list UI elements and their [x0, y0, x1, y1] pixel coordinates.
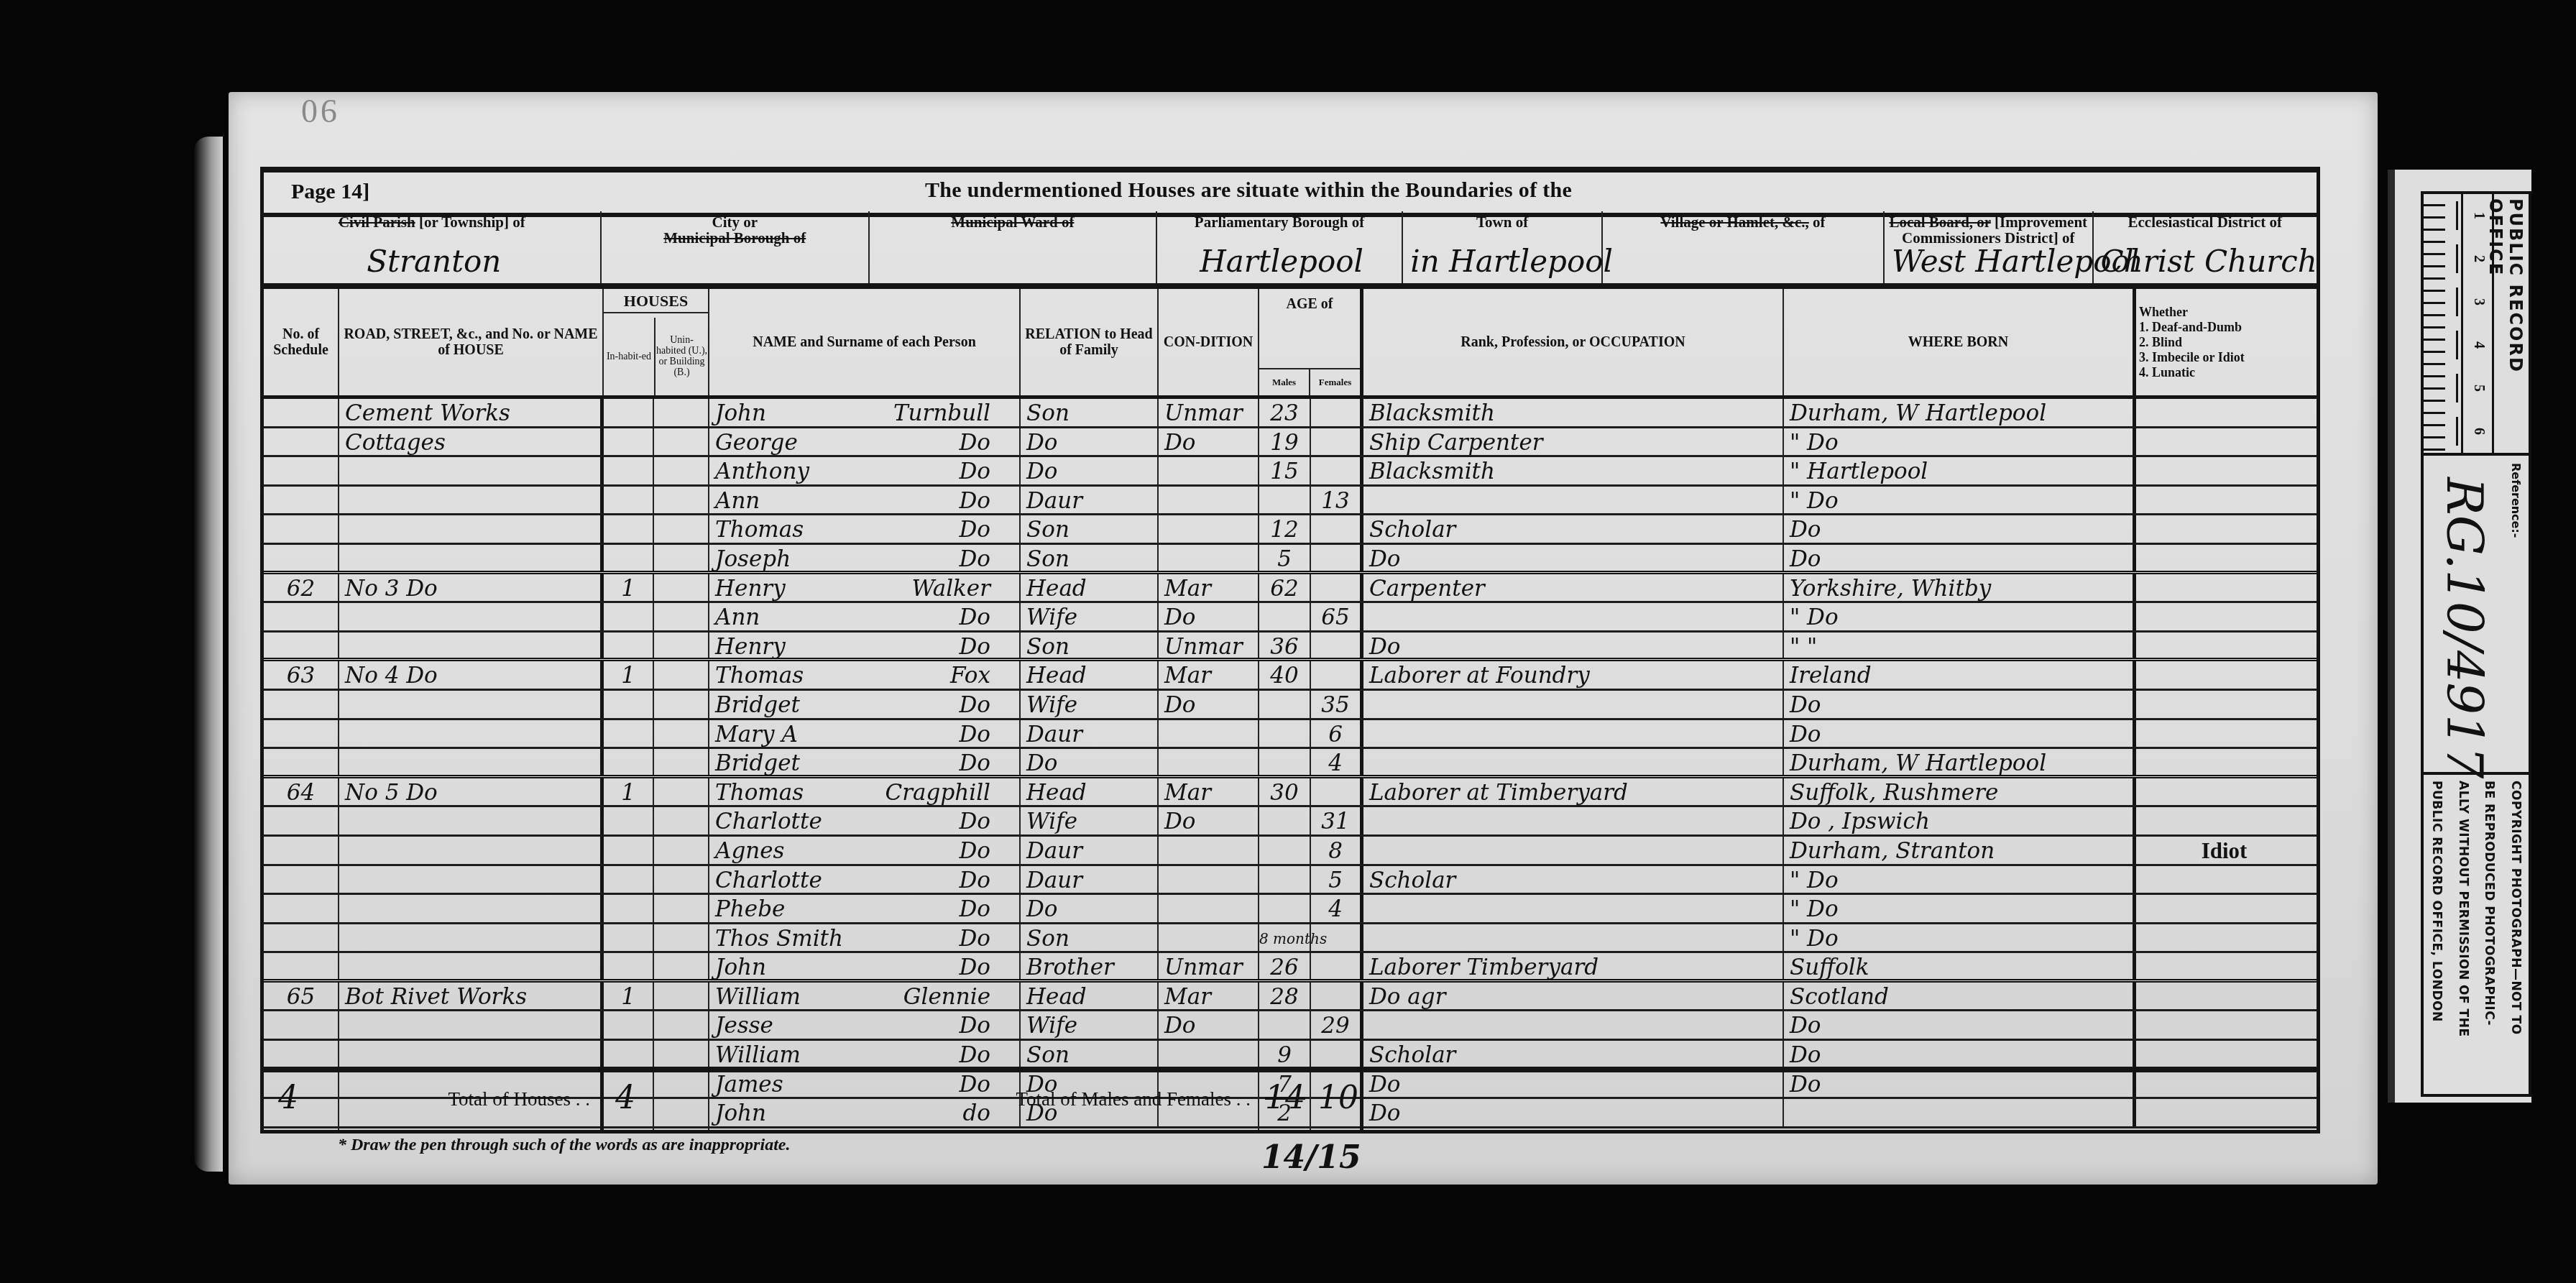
boundary-value: in Hartlepool	[1410, 244, 1598, 279]
cell-name: Mary ADo	[709, 720, 1021, 748]
cell-female	[1311, 399, 1363, 426]
surname: Do	[959, 720, 990, 748]
surname: Do	[959, 428, 990, 456]
table-row: BridgetDoDo4Durham, W Hartlepool	[264, 749, 2317, 778]
cell-road	[339, 895, 604, 922]
cell-relation: Do	[1021, 457, 1159, 484]
cell-relation: Son	[1021, 1041, 1159, 1068]
cell-condition: Do	[1159, 807, 1259, 834]
col-name: NAME and Surname of each Person	[709, 289, 1021, 395]
cell-inhabited	[604, 953, 654, 979]
copyright-notice: COPYRIGHT PHOTOGRAPH—NOT TOBE REPRODUCED…	[2424, 775, 2529, 1091]
census-entries: Cement WorksJohnTurnbullSonUnmar23Blacks…	[264, 399, 2317, 1128]
first-name: Mary A	[715, 720, 798, 748]
cell-infirmity	[2136, 661, 2312, 689]
cell-born: " Do	[1784, 487, 2136, 514]
surname: Do	[959, 457, 990, 484]
col-houses: HOUSES In-habit-ed Unin-habited (U.), or…	[604, 289, 709, 395]
cell-road	[339, 720, 604, 748]
cell-road	[339, 866, 604, 893]
surname: Fox	[950, 661, 990, 689]
cell-born: Durham, Stranton	[1784, 837, 2136, 864]
cell-schedule: 64	[264, 778, 339, 806]
cell-female	[1311, 457, 1363, 484]
cell-relation: Wife	[1021, 807, 1159, 834]
col-schedule: No. of Schedule	[264, 289, 339, 395]
cell-infirmity	[2136, 428, 2312, 456]
first-name: William	[715, 1041, 801, 1068]
cell-relation: Head	[1021, 574, 1159, 602]
cell-uninhabited	[654, 807, 709, 834]
cell-road	[339, 1041, 604, 1068]
total-schedules: 4	[278, 1080, 298, 1116]
first-name: George	[715, 428, 798, 456]
cell-infirmity	[2136, 749, 2312, 775]
cell-uninhabited	[654, 661, 709, 689]
cell-road	[339, 633, 604, 658]
table-row: WilliamDoSon9ScholarDo	[264, 1041, 2317, 1070]
cell-occupation: Carpenter	[1363, 574, 1784, 602]
first-name: Ann	[715, 603, 760, 630]
cell-infirmity	[2136, 807, 2312, 834]
cell-female	[1311, 428, 1363, 456]
table-row: Thos SmithDoSon8 months" Do	[264, 924, 2317, 954]
boundary-label: Village or Hamlet, &c., of	[1603, 214, 1883, 230]
cell-female: 4	[1311, 749, 1363, 775]
cell-uninhabited	[654, 545, 709, 571]
cell-occupation: Scholar	[1363, 1041, 1784, 1068]
cell-name: AnnDo	[709, 603, 1021, 630]
cell-male: 40	[1259, 661, 1311, 689]
surname: Do	[959, 866, 990, 893]
cell-condition	[1159, 457, 1259, 484]
cell-inhabited	[604, 515, 654, 543]
cell-occupation: Blacksmith	[1363, 399, 1784, 426]
cell-inhabited	[604, 1041, 654, 1068]
table-row: ThomasDoSon12ScholarDo	[264, 515, 2317, 545]
cell-condition	[1159, 924, 1259, 952]
boundary-value: Hartlepool	[1164, 244, 1399, 279]
total-houses-label: Total of Houses . .	[448, 1088, 590, 1110]
cell-road	[339, 837, 604, 864]
cell-infirmity	[2136, 953, 2312, 979]
cell-uninhabited	[654, 515, 709, 543]
cell-inhabited	[604, 545, 654, 571]
copyright-line: ALLY WITHOUT PERMISSION OF THE	[2456, 781, 2470, 1085]
cell-inhabited: 1	[604, 574, 654, 602]
cell-condition	[1159, 837, 1259, 864]
cell-inhabited: 1	[604, 661, 654, 689]
cell-uninhabited	[654, 749, 709, 775]
cell-schedule	[264, 866, 339, 893]
surname: Do	[959, 837, 990, 864]
cell-born: " "	[1784, 633, 2136, 658]
cell-uninhabited	[654, 924, 709, 952]
boundary-label: Local Board, or [Improvement Commissione…	[1885, 214, 2092, 246]
cell-infirmity	[2136, 691, 2312, 718]
cell-infirmity	[2136, 866, 2312, 893]
table-row: Mary ADoDaur6Do	[264, 720, 2317, 750]
cell-road: Bot Rivet Works	[339, 983, 604, 1010]
cell-name: BridgetDo	[709, 691, 1021, 718]
cell-condition: Mar	[1159, 778, 1259, 806]
cell-inhabited	[604, 428, 654, 456]
cell-name: CharlotteDo	[709, 866, 1021, 893]
office-label: PUBLIC RECORD OFFICE	[2485, 198, 2526, 453]
cell-female: 4	[1311, 895, 1363, 922]
surname: Do	[959, 633, 990, 658]
cell-occupation: Blacksmith	[1363, 457, 1784, 484]
first-name: Bridget	[715, 749, 800, 775]
boundary-label: Town of	[1403, 214, 1601, 230]
cell-name: ThomasCragphill	[709, 778, 1021, 806]
page-number: Page 14]	[291, 180, 369, 204]
cell-occupation: Scholar	[1363, 515, 1784, 543]
cell-male	[1259, 749, 1311, 775]
cell-condition: Mar	[1159, 574, 1259, 602]
first-name: William	[715, 983, 801, 1010]
total-houses-label-cell: Total of Houses . .	[339, 1072, 604, 1130]
cell-female: 6	[1311, 720, 1363, 748]
cell-schedule: 63	[264, 661, 339, 689]
cell-condition: Mar	[1159, 661, 1259, 689]
col-occupation: Rank, Profession, or OCCUPATION	[1363, 289, 1784, 395]
cell-road	[339, 749, 604, 775]
cell-condition: Do	[1159, 1011, 1259, 1039]
table-row: JesseDoWifeDo29Do	[264, 1011, 2317, 1041]
cell-relation: Do	[1021, 428, 1159, 456]
cell-female	[1311, 633, 1363, 658]
cell-occupation	[1363, 1011, 1784, 1039]
cell-born: Suffolk	[1784, 953, 2136, 979]
cell-uninhabited	[654, 691, 709, 718]
table-row: JohnDoBrotherUnmar26Laborer TimberyardSu…	[264, 953, 2317, 983]
cell-infirmity	[2136, 924, 2312, 952]
boundary-value: Stranton	[271, 244, 597, 279]
cell-name: GeorgeDo	[709, 428, 1021, 456]
surname: Turnbull	[893, 399, 990, 426]
cell-name: PhebeDo	[709, 895, 1021, 922]
cell-relation: Son	[1021, 545, 1159, 571]
cell-occupation	[1363, 749, 1784, 775]
cell-female: 29	[1311, 1011, 1363, 1039]
cell-male: 15	[1259, 457, 1311, 484]
cell-schedule	[264, 1011, 339, 1039]
footnote: * Draw the pen through such of the words…	[338, 1136, 790, 1155]
cell-relation: Head	[1021, 778, 1159, 806]
cell-uninhabited	[654, 428, 709, 456]
cell-occupation	[1363, 487, 1784, 514]
cell-road: Cement Works	[339, 399, 604, 426]
page-binding-edge	[194, 137, 223, 1172]
cell-born: Suffolk, Rushmere	[1784, 778, 2136, 806]
cell-condition: Mar	[1159, 983, 1259, 1010]
cell-male	[1259, 837, 1311, 864]
cell-male	[1259, 487, 1311, 514]
total-males-cell: 14	[1259, 1072, 1311, 1130]
first-name: Charlotte	[715, 866, 822, 893]
cell-inhabited	[604, 749, 654, 775]
cell-road	[339, 457, 604, 484]
cell-uninhabited	[654, 487, 709, 514]
surname: Do	[959, 749, 990, 775]
cell-name: JohnTurnbull	[709, 399, 1021, 426]
cell-born: " Do	[1784, 866, 2136, 893]
cell-born: Ireland	[1784, 661, 2136, 689]
cell-relation: Do	[1021, 749, 1159, 775]
cell-name: HenryDo	[709, 633, 1021, 658]
cell-infirmity	[2136, 457, 2312, 484]
col-females: Females	[1310, 369, 1360, 395]
cell-uninhabited	[654, 983, 709, 1010]
record-office-slip: 123456 PUBLIC RECORD OFFICE Reference:- …	[2388, 170, 2531, 1103]
total-persons-label: Total of Males and Females . .	[1016, 1088, 1251, 1110]
cell-road: No 3 Do	[339, 574, 604, 602]
total-inhabited-cell: 4	[604, 1072, 654, 1130]
table-row: CharlotteDoDaur5Scholar" Do	[264, 866, 2317, 896]
cell-occupation	[1363, 720, 1784, 748]
cell-infirmity	[2136, 603, 2312, 630]
cell-schedule	[264, 603, 339, 630]
cell-born: Yorkshire, Whitby	[1784, 574, 2136, 602]
cell-schedule	[264, 807, 339, 834]
cell-born: Do , Ipswich	[1784, 807, 2136, 834]
cell-name: ThomasDo	[709, 515, 1021, 543]
cell-born: " Hartlepool	[1784, 457, 2136, 484]
cell-born: " Do	[1784, 924, 2136, 952]
surname: Do	[959, 487, 990, 514]
cell-road	[339, 691, 604, 718]
cell-occupation	[1363, 924, 1784, 952]
cell-inhabited	[604, 807, 654, 834]
boundary-6: Local Board, or [Improvement Commissione…	[1885, 211, 2094, 283]
cell-male: 28	[1259, 983, 1311, 1010]
copyright-line: PUBLIC RECORD OFFICE, LONDON	[2429, 781, 2444, 1085]
cell-condition: Unmar	[1159, 633, 1259, 658]
table-row: AnnDoWifeDo65" Do	[264, 603, 2317, 633]
cell-male	[1259, 720, 1311, 748]
cell-infirmity	[2136, 1041, 2312, 1068]
col-infirmity: Whether 1. Deaf-and-Dumb 2. Blind 3. Imb…	[2136, 289, 2312, 395]
cell-uninhabited	[654, 603, 709, 630]
cell-male: 5	[1259, 545, 1311, 571]
first-name: John	[715, 399, 766, 426]
cell-schedule	[264, 457, 339, 484]
cell-infirmity: Idiot	[2136, 837, 2312, 864]
first-name: Ann	[715, 487, 760, 514]
cell-inhabited	[604, 895, 654, 922]
cell-road: No 4 Do	[339, 661, 604, 689]
cell-male: 9	[1259, 1041, 1311, 1068]
houses-group-label: HOUSES	[604, 293, 708, 313]
cell-male: 12	[1259, 515, 1311, 543]
surname: Do	[959, 807, 990, 834]
cell-condition: Do	[1159, 603, 1259, 630]
cell-born: " Do	[1784, 603, 2136, 630]
cell-name: HenryWalker	[709, 574, 1021, 602]
reference-box: Reference:- RG.10/4917	[2424, 456, 2529, 775]
table-row: AnnDoDaur13" Do	[264, 487, 2317, 516]
cell-occupation: Laborer at Timberyard	[1363, 778, 1784, 806]
cell-relation: Wife	[1021, 603, 1159, 630]
cell-uninhabited	[654, 457, 709, 484]
cell-born: Do	[1784, 1011, 2136, 1039]
table-row: BridgetDoWifeDo35Do	[264, 691, 2317, 720]
col-males: Males	[1259, 369, 1310, 395]
table-row: 62No 3 Do1HenryWalkerHeadMar62CarpenterY…	[264, 574, 2317, 604]
cell-occupation: Scholar	[1363, 866, 1784, 893]
col-inhabited: In-habit-ed	[604, 318, 655, 395]
cell-male	[1259, 807, 1311, 834]
total-males: 14	[1265, 1080, 1305, 1116]
surname: Do	[959, 953, 990, 979]
cell-schedule	[264, 924, 339, 952]
cell-born: " Do	[1784, 428, 2136, 456]
total-inhabited: 4	[615, 1080, 635, 1116]
total-females: 10	[1318, 1080, 1358, 1116]
cell-female	[1311, 778, 1363, 806]
cell-female	[1311, 661, 1363, 689]
table-row: 64No 5 Do1ThomasCragphillHeadMar30Labore…	[264, 778, 2317, 808]
totals-row: 4 Total of Houses . . 4 Total of Males a…	[264, 1067, 2317, 1130]
surname: Do	[959, 545, 990, 571]
cell-condition	[1159, 487, 1259, 514]
cell-relation: Son	[1021, 924, 1159, 952]
cell-occupation: Do	[1363, 633, 1784, 658]
cell-female: 35	[1311, 691, 1363, 718]
cell-uninhabited	[654, 1011, 709, 1039]
cell-name: AnthonyDo	[709, 457, 1021, 484]
boundary-4: Town ofin Hartlepool	[1403, 211, 1603, 283]
cell-occupation: Laborer at Foundry	[1363, 661, 1784, 689]
cell-condition: Do	[1159, 428, 1259, 456]
first-name: Thomas	[715, 661, 804, 689]
cell-male: 30	[1259, 778, 1311, 806]
cell-road	[339, 515, 604, 543]
surname: Do	[959, 691, 990, 718]
cell-schedule	[264, 749, 339, 775]
cell-condition: Unmar	[1159, 399, 1259, 426]
cell-born: Do	[1784, 515, 2136, 543]
cell-infirmity	[2136, 633, 2312, 658]
cell-male: 36	[1259, 633, 1311, 658]
cell-schedule: 62	[264, 574, 339, 602]
cell-condition: Do	[1159, 691, 1259, 718]
cell-occupation	[1363, 807, 1784, 834]
folio-mark: 90	[298, 92, 337, 130]
surname: Do	[959, 603, 990, 630]
cell-relation: Head	[1021, 983, 1159, 1010]
cell-uninhabited	[654, 1041, 709, 1068]
cell-relation: Son	[1021, 515, 1159, 543]
first-name: Thomas	[715, 778, 804, 806]
cell-road	[339, 545, 604, 571]
cell-uninhabited	[654, 399, 709, 426]
table-row: AnthonyDoDo15Blacksmith" Hartlepool	[264, 457, 2317, 487]
cell-inhabited	[604, 720, 654, 748]
boundary-7: Ecclesiastical District ofChrist Church	[2094, 211, 2317, 283]
col-condition: CON-DITION	[1159, 289, 1259, 395]
first-name: Thos Smith	[715, 924, 843, 952]
cell-born: Do	[1784, 545, 2136, 571]
cell-infirmity	[2136, 895, 2312, 922]
form-title-bar: Page 14] The undermentioned Houses are s…	[264, 167, 2317, 217]
cell-male	[1259, 1011, 1311, 1039]
cell-inhabited: 1	[604, 983, 654, 1010]
cell-road: No 5 Do	[339, 778, 604, 806]
first-name: Bridget	[715, 691, 800, 718]
first-name: Jesse	[715, 1011, 773, 1039]
cell-relation: Daur	[1021, 837, 1159, 864]
first-name: Phebe	[715, 895, 785, 922]
cell-female	[1311, 574, 1363, 602]
cell-name: JesseDo	[709, 1011, 1021, 1039]
cell-male	[1259, 895, 1311, 922]
cell-inhabited	[604, 399, 654, 426]
cell-female: 65	[1311, 603, 1363, 630]
surname: Glennie	[903, 983, 990, 1010]
first-name: Henry	[715, 574, 786, 602]
cell-infirmity	[2136, 720, 2312, 748]
cell-born: Do	[1784, 691, 2136, 718]
cell-infirmity	[2136, 574, 2312, 602]
boundary-2: Municipal Ward of	[870, 211, 1157, 283]
boundary-value: West Hartlepool	[1892, 244, 2089, 279]
cell-female	[1311, 515, 1363, 543]
cell-condition	[1159, 515, 1259, 543]
surname: Do	[959, 895, 990, 922]
cell-uninhabited	[654, 574, 709, 602]
cell-inhabited: 1	[604, 778, 654, 806]
cell-road	[339, 1011, 604, 1039]
cell-uninhabited	[654, 778, 709, 806]
total-females-cell: 10	[1311, 1072, 1363, 1130]
boundary-label: Parliamentary Borough of	[1157, 214, 1402, 230]
cell-name: BridgetDo	[709, 749, 1021, 775]
boundaries-row: Civil Parish [or Township] ofStrantonCit…	[264, 211, 2317, 289]
table-row: 65Bot Rivet Works1WilliamGlennieHeadMar2…	[264, 983, 2317, 1012]
cell-born: Do	[1784, 720, 2136, 748]
cell-relation: Son	[1021, 399, 1159, 426]
cell-condition: Unmar	[1159, 953, 1259, 979]
cell-relation: Daur	[1021, 487, 1159, 514]
col-uninhabited: Unin-habited (U.), or Building (B.)	[655, 318, 708, 395]
cell-schedule	[264, 895, 339, 922]
col-relation: RELATION to Head of Family	[1021, 289, 1159, 395]
cell-inhabited	[604, 1011, 654, 1039]
cell-schedule	[264, 720, 339, 748]
copyright-line: BE REPRODUCED PHOTOGRAPHIC-	[2482, 781, 2496, 1085]
cell-born: Durham, W Hartlepool	[1784, 749, 2136, 775]
cell-occupation	[1363, 691, 1784, 718]
cell-born: Durham, W Hartlepool	[1784, 399, 2136, 426]
cell-schedule	[264, 545, 339, 571]
cell-female: 13	[1311, 487, 1363, 514]
cell-infirmity	[2136, 545, 2312, 571]
col-age: AGE of Males Females	[1259, 289, 1363, 395]
cell-name: JosephDo	[709, 545, 1021, 571]
grand-total-mark: 14/15	[1261, 1139, 1361, 1176]
age-label: AGE of	[1287, 296, 1333, 312]
table-row: 63No 4 Do1ThomasFoxHeadMar40Laborer at F…	[264, 661, 2317, 691]
table-row: CottagesGeorgeDoDoDo19Ship Carpenter" Do	[264, 428, 2317, 458]
cell-female	[1311, 1041, 1363, 1068]
cell-name: ThomasFox	[709, 661, 1021, 689]
boundary-value: Christ Church	[2101, 244, 2314, 279]
cell-male: 62	[1259, 574, 1311, 602]
cell-schedule	[264, 515, 339, 543]
cell-name: AnnDo	[709, 487, 1021, 514]
